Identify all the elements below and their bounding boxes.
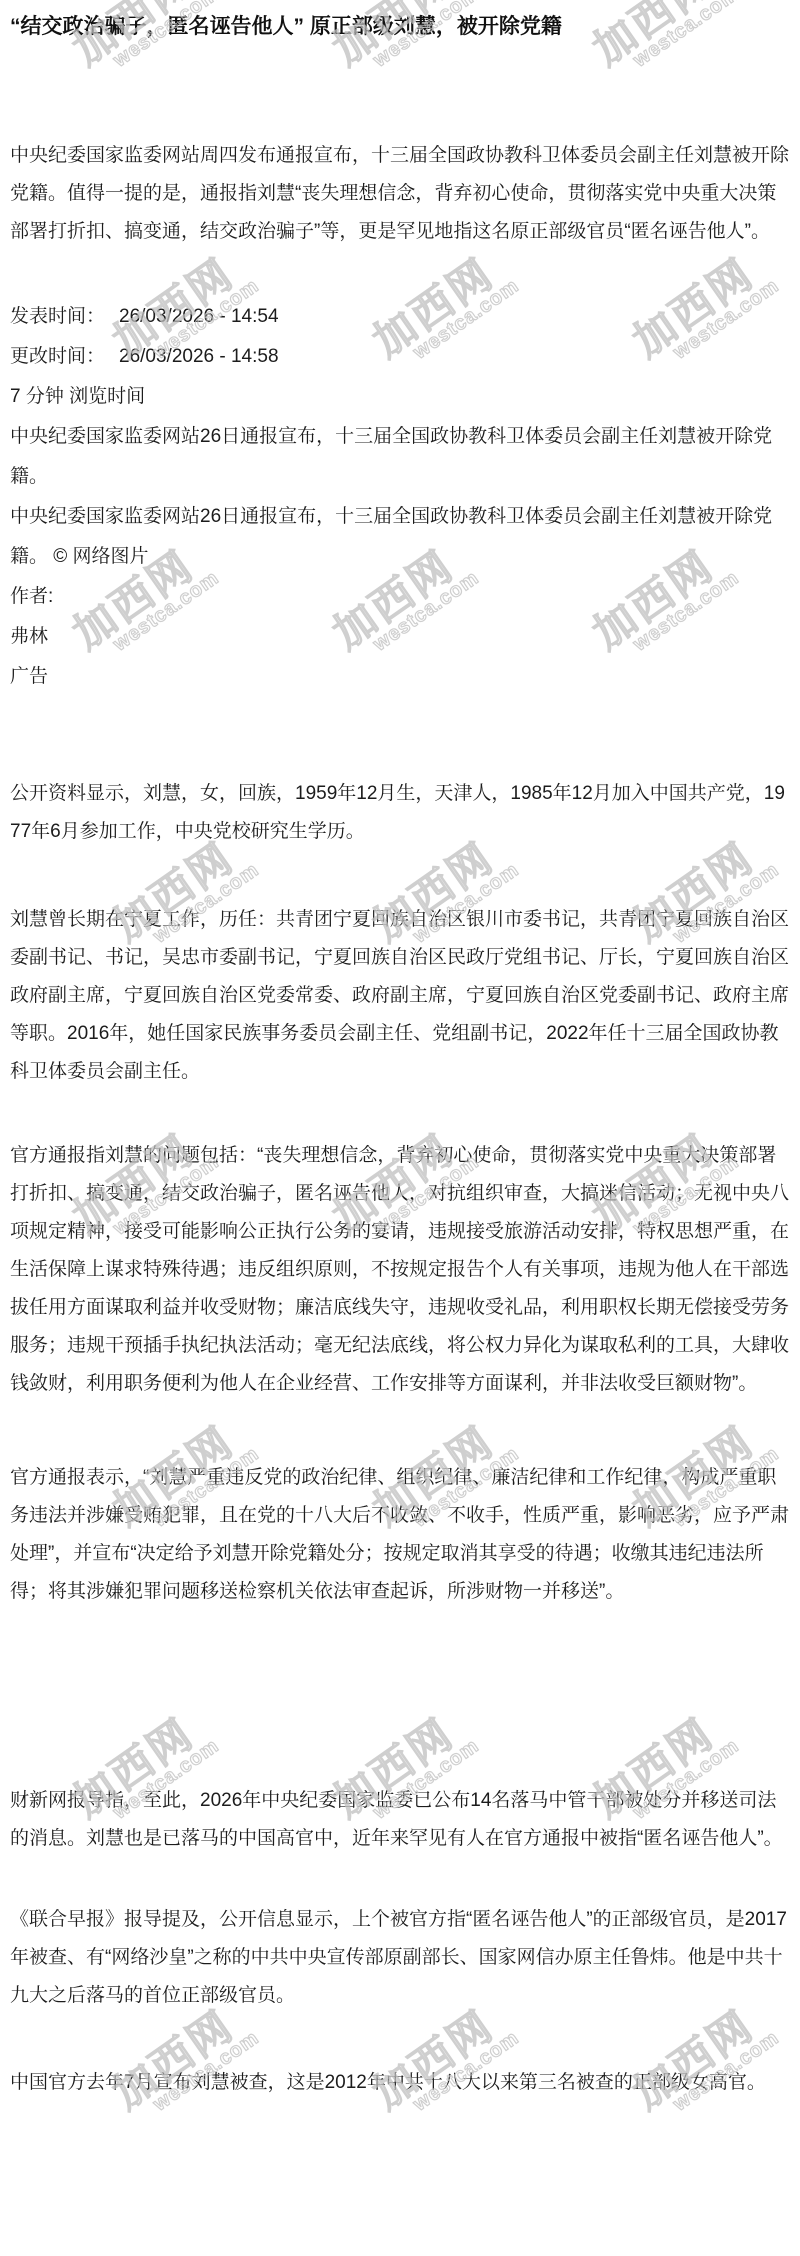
body-paragraph: 公开资料显示，刘慧，女，回族，1959年12月生，天津人，1985年12月加入中… (10, 775, 790, 851)
published-time-label: 发表时间： (10, 306, 105, 327)
image-alt-text: 中央纪委国家监委网站26日通报宣布，十三届全国政协教科卫体委员会副主任刘慧被开除… (10, 417, 790, 497)
ad-label: 广告 (10, 657, 790, 697)
image-caption: 中央纪委国家监委网站26日通报宣布，十三届全国政协教科卫体委员会副主任刘慧被开除… (10, 497, 790, 577)
ad-slot-spacer (10, 697, 790, 775)
updated-time-value: 26/03/2026 - 14:58 (119, 346, 279, 367)
lead-paragraph: 中央纪委国家监委网站周四发布通报宣布，十三届全国政协教科卫体委员会副主任刘慧被开… (10, 137, 790, 251)
ad-slot-spacer (10, 1611, 790, 1782)
body-paragraph: 财新网报导指，至此，2026年中央纪委国家监委已公布14名落马中管干部被处分并移… (10, 1782, 790, 1858)
body-paragraph: 《联合早报》报导提及，公开信息显示，上个被官方指“匿名诬告他人”的正部级官员，是… (10, 1901, 790, 2015)
updated-time-label: 更改时间： (10, 346, 105, 367)
body-paragraph: 官方通报指刘慧的问题包括：“丧失理想信念，背弃初心使命，贯彻落实党中央重大决策部… (10, 1137, 790, 1403)
author-label: 作者: (10, 577, 790, 617)
body-paragraph: 刘慧曾长期在宁夏工作，历任：共青团宁夏回族自治区银川市委书记，共青团宁夏回族自治… (10, 901, 790, 1091)
article-page: “结交政治骗子，匿名诬告他人” 原正部级刘慧，被开除党籍 中央纪委国家监委网站周… (0, 0, 800, 2102)
body-paragraph: 官方通报表示，“刘慧严重违反党的政治纪律、组织纪律、廉洁纪律和工作纪律，构成严重… (10, 1459, 790, 1611)
published-time-value: 26/03/2026 - 14:54 (119, 306, 279, 327)
read-time: 7 分钟 浏览时间 (10, 377, 790, 417)
article-title: “结交政治骗子，匿名诬告他人” 原正部级刘慧，被开除党籍 (10, 12, 790, 42)
updated-time-line: 更改时间：26/03/2026 - 14:58 (10, 337, 790, 377)
author-name: 弗林 (10, 617, 790, 657)
body-paragraph: 中国官方去年7月宣布刘慧被查，这是2012年中共十八大以来第三名被查的正部级女高… (10, 2064, 790, 2102)
published-time-line: 发表时间：26/03/2026 - 14:54 (10, 297, 790, 337)
